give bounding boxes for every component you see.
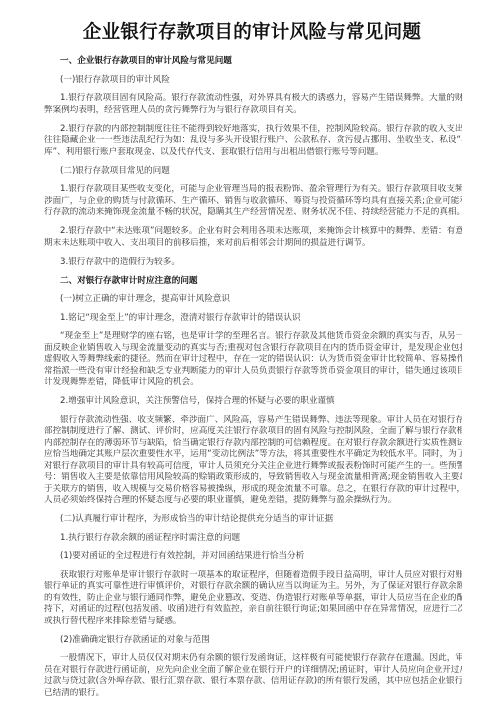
paragraph: 2.银行存款中“未达账项”问题较多。企业有时会利用各项未达账项，来掩饰会计核算中…	[44, 226, 462, 249]
paragraph-line: 行存款的流动来掩饰现金流量不畅的状况，隐瞒其生产经营情况差、财务状况不佳、持续经…	[44, 207, 462, 219]
paragraph-line: 虚假收入等舞弊线索的捷径。然而在审计过程中，存在一定的错误认识：认为货币资金审计…	[44, 354, 462, 366]
paragraph-line: 应恰当地确定其账户层次重要性水平，运用“变动比例法”等方法，将其重要性水平确定为…	[44, 449, 462, 461]
paragraph-line: 号：销售收入主要是依靠信用风险较高的赊销政策形成的，导致销售收入与现金流量相背离…	[44, 472, 462, 484]
paragraph-line: 面反映企业销售收入与现金流量变动的真实与否;重视对包含银行存款项目在内的货币资金…	[44, 343, 462, 355]
paragraph: “现金至上”是理财学的座右铭，也是审计学的至理名言。银行存款及其他货币资金余额的…	[44, 331, 462, 389]
paragraph: 1.银行存款项目某些收支变化，可能与企业管理当局的报表粉饰、盈余管理行为有关。银…	[44, 184, 462, 219]
paragraph-line: 银行存款流动性强、收支频繁、牵涉面广、风险高，容易产生错误舞弊、违法等现象。审计…	[44, 415, 462, 427]
paragraph-line: 于关联方的销售，收入规模与交易价格容易被操纵，形成的现金流量不可靠。总之，在银行…	[44, 484, 462, 496]
paragraph-line: 2.银行存款的内部控制制度往往不能得到较好地落实，执行效果不佳，控制风险较高。银…	[44, 124, 462, 136]
paragraph-line: 2.银行存款中“未达账项”问题较多。企业有时会利用各项未达账项，来掩饰会计核算中…	[44, 226, 462, 238]
paragraph: 获取银行对账单是审计银行存款时一项基本的取证程序，但随着造假手段日益高明，审计人…	[44, 570, 462, 628]
paragraph-line: 期末未达账项中收入、支出项目的前移后推，来对前后相邻会计期间的损益进行调节。	[44, 238, 462, 250]
document-title: 企业银行存款项目的审计风险与常见问题	[0, 22, 504, 44]
section-heading: 二、对银行存款审计时应注意的问题	[44, 276, 462, 287]
paragraph-line: 3.银行存款中的造假行为较多。	[44, 257, 462, 269]
paragraph-line: 1.银行存款项目固有风险高。银行存款流动性强，对外界具有极大的诱惑力，容易产生错…	[44, 93, 462, 105]
paragraph-line: “现金至上”是理财学的座右铭，也是审计学的至理名言。银行存款及其他货币资金余额的…	[44, 331, 462, 343]
paragraph-line: 涉面广，与企业的购货与付款循环、生产循环、销售与收款循环、筹资与投资循环等均具有…	[44, 196, 462, 208]
document-page: 企业银行存款项目的审计风险与常见问题 一、企业银行存款项目的审计风险与常见问题(…	[0, 0, 504, 713]
section-heading: 一、企业银行存款项目的审计风险与常见问题	[44, 56, 462, 67]
paragraph-line: 或执行替代程序来排除差错与疑惑。	[44, 616, 462, 628]
paragraph-line: 内部控制存在的薄弱环节与缺陷，恰当确定银行存款内部控制的可信赖程度。在对银行存款…	[44, 438, 462, 450]
paragraph-line: 部控制制度进行了解、测试、评价时，应高度关注银行存款项目的固有风险与控制风险，全…	[44, 426, 462, 438]
paragraph-line: 常指派一些没有审计经验和缺乏专业判断能力的审计人员负责银行存款等货币资金项目的审…	[44, 366, 462, 378]
subsection-heading: 1.铭记“现金至上”的审计理念，澄清对银行存款审计的错误认识	[44, 313, 462, 324]
subsection-heading: (二)认真履行审计程序，为形成恰当的审计结论提供充分适当的审计证据	[44, 514, 462, 525]
paragraph: 2.银行存款的内部控制制度往往不能得到较好地落实，执行效果不佳，控制风险较高。银…	[44, 124, 462, 159]
subsection-heading: (1)要对函证的全过程进行有效控制，并对回函结果进行恰当分析	[44, 551, 462, 562]
subsection-heading: (2)准确确定银行存款函证的对象与范围	[44, 635, 462, 646]
paragraph-line: 的有效性，防止企业与银行通同作弊，避免企业篡改、变造、伪造银行对账单等单据，审计…	[44, 593, 462, 605]
paragraph-line: 银行单证的真实可靠性进行审慎评价，对银行存款余额的确认应当以询证为主。另外，为了…	[44, 581, 462, 593]
paragraph-line: 人员必须始终保持合理的怀疑态度与必要的职业谨慎，避免差错，提防舞弊与盈余操纵行为…	[44, 495, 462, 507]
subsection-heading: (一)银行存款项目的审计风险	[44, 75, 462, 86]
subsection-heading: 1.执行银行存款余额的函证程序时需注意的问题	[44, 533, 462, 544]
paragraph: 3.银行存款中的造假行为较多。	[44, 257, 462, 269]
paragraph-line: 一般情况下，审计人员仅仅对期末仍有余额的银行发函询证，这样极有可能使银行存款存在…	[44, 653, 462, 665]
document-body: 一、企业银行存款项目的审计风险与常见问题(一)银行存款项目的审计风险1.银行存款…	[44, 56, 462, 707]
paragraph-line: 已结清的银行。	[44, 688, 462, 700]
paragraph-line: 往往隐藏企业一一些违法乱纪行为如：乱设与多头开设银行账户、公款私存、贪污侵占挪用…	[44, 135, 462, 147]
subsection-heading: (一)树立正确的审计理念，提高审计风险意识	[44, 294, 462, 305]
paragraph-line: 1.银行存款项目某些收支变化，可能与企业管理当局的报表粉饰、盈余管理行为有关。银…	[44, 184, 462, 196]
paragraph-line: 获取银行对账单是审计银行存款时一项基本的取证程序，但随着造假手段日益高明，审计人…	[44, 570, 462, 582]
paragraph-line: 过款与贷过款(含外埠存款、银行汇票存款、银行本票存款、信用证存款)的所有银行发函…	[44, 676, 462, 688]
subsection-heading: (二)银行存款项目常见的问题	[44, 166, 462, 177]
paragraph-line: 对银行存款项目的审计具有较高可信度，审计人员须充分关注企业进行舞弊或报表粉饰时可…	[44, 461, 462, 473]
paragraph: 一般情况下，审计人员仅仅对期末仍有余额的银行发函询证，这样极有可能使银行存款存在…	[44, 653, 462, 699]
paragraph-line: 计发现舞弊差错，降低审计风险的机会。	[44, 377, 462, 389]
paragraph-line: 弊案例均表明，经营管理人员的贪污舞弊行为与银行存款项目有关。	[44, 105, 462, 117]
paragraph: 1.银行存款项目固有风险高。银行存款流动性强，对外界具有极大的诱惑力，容易产生错…	[44, 93, 462, 116]
subsection-heading: 2.增强审计风险意识，关注预警信号，保持合理的怀疑与必要的职业谨慎	[44, 396, 462, 407]
paragraph-line: 库”、利用银行账户套取现金、以及代存代支、套取银行信用与出租出借银行账号等问题。	[44, 147, 462, 159]
paragraph-line: 持下，对函证的过程(包括发函、收函)进行有效监控，亲自前往银行询证;如果回函中存…	[44, 604, 462, 616]
paragraph: 银行存款流动性强、收支频繁、牵涉面广、风险高，容易产生错误舞弊、违法等现象。审计…	[44, 415, 462, 507]
paragraph-line: 员在对银行存款进行函证前，应先向企业全面了解企业在银行开户的详细情况;函证时，审…	[44, 665, 462, 677]
